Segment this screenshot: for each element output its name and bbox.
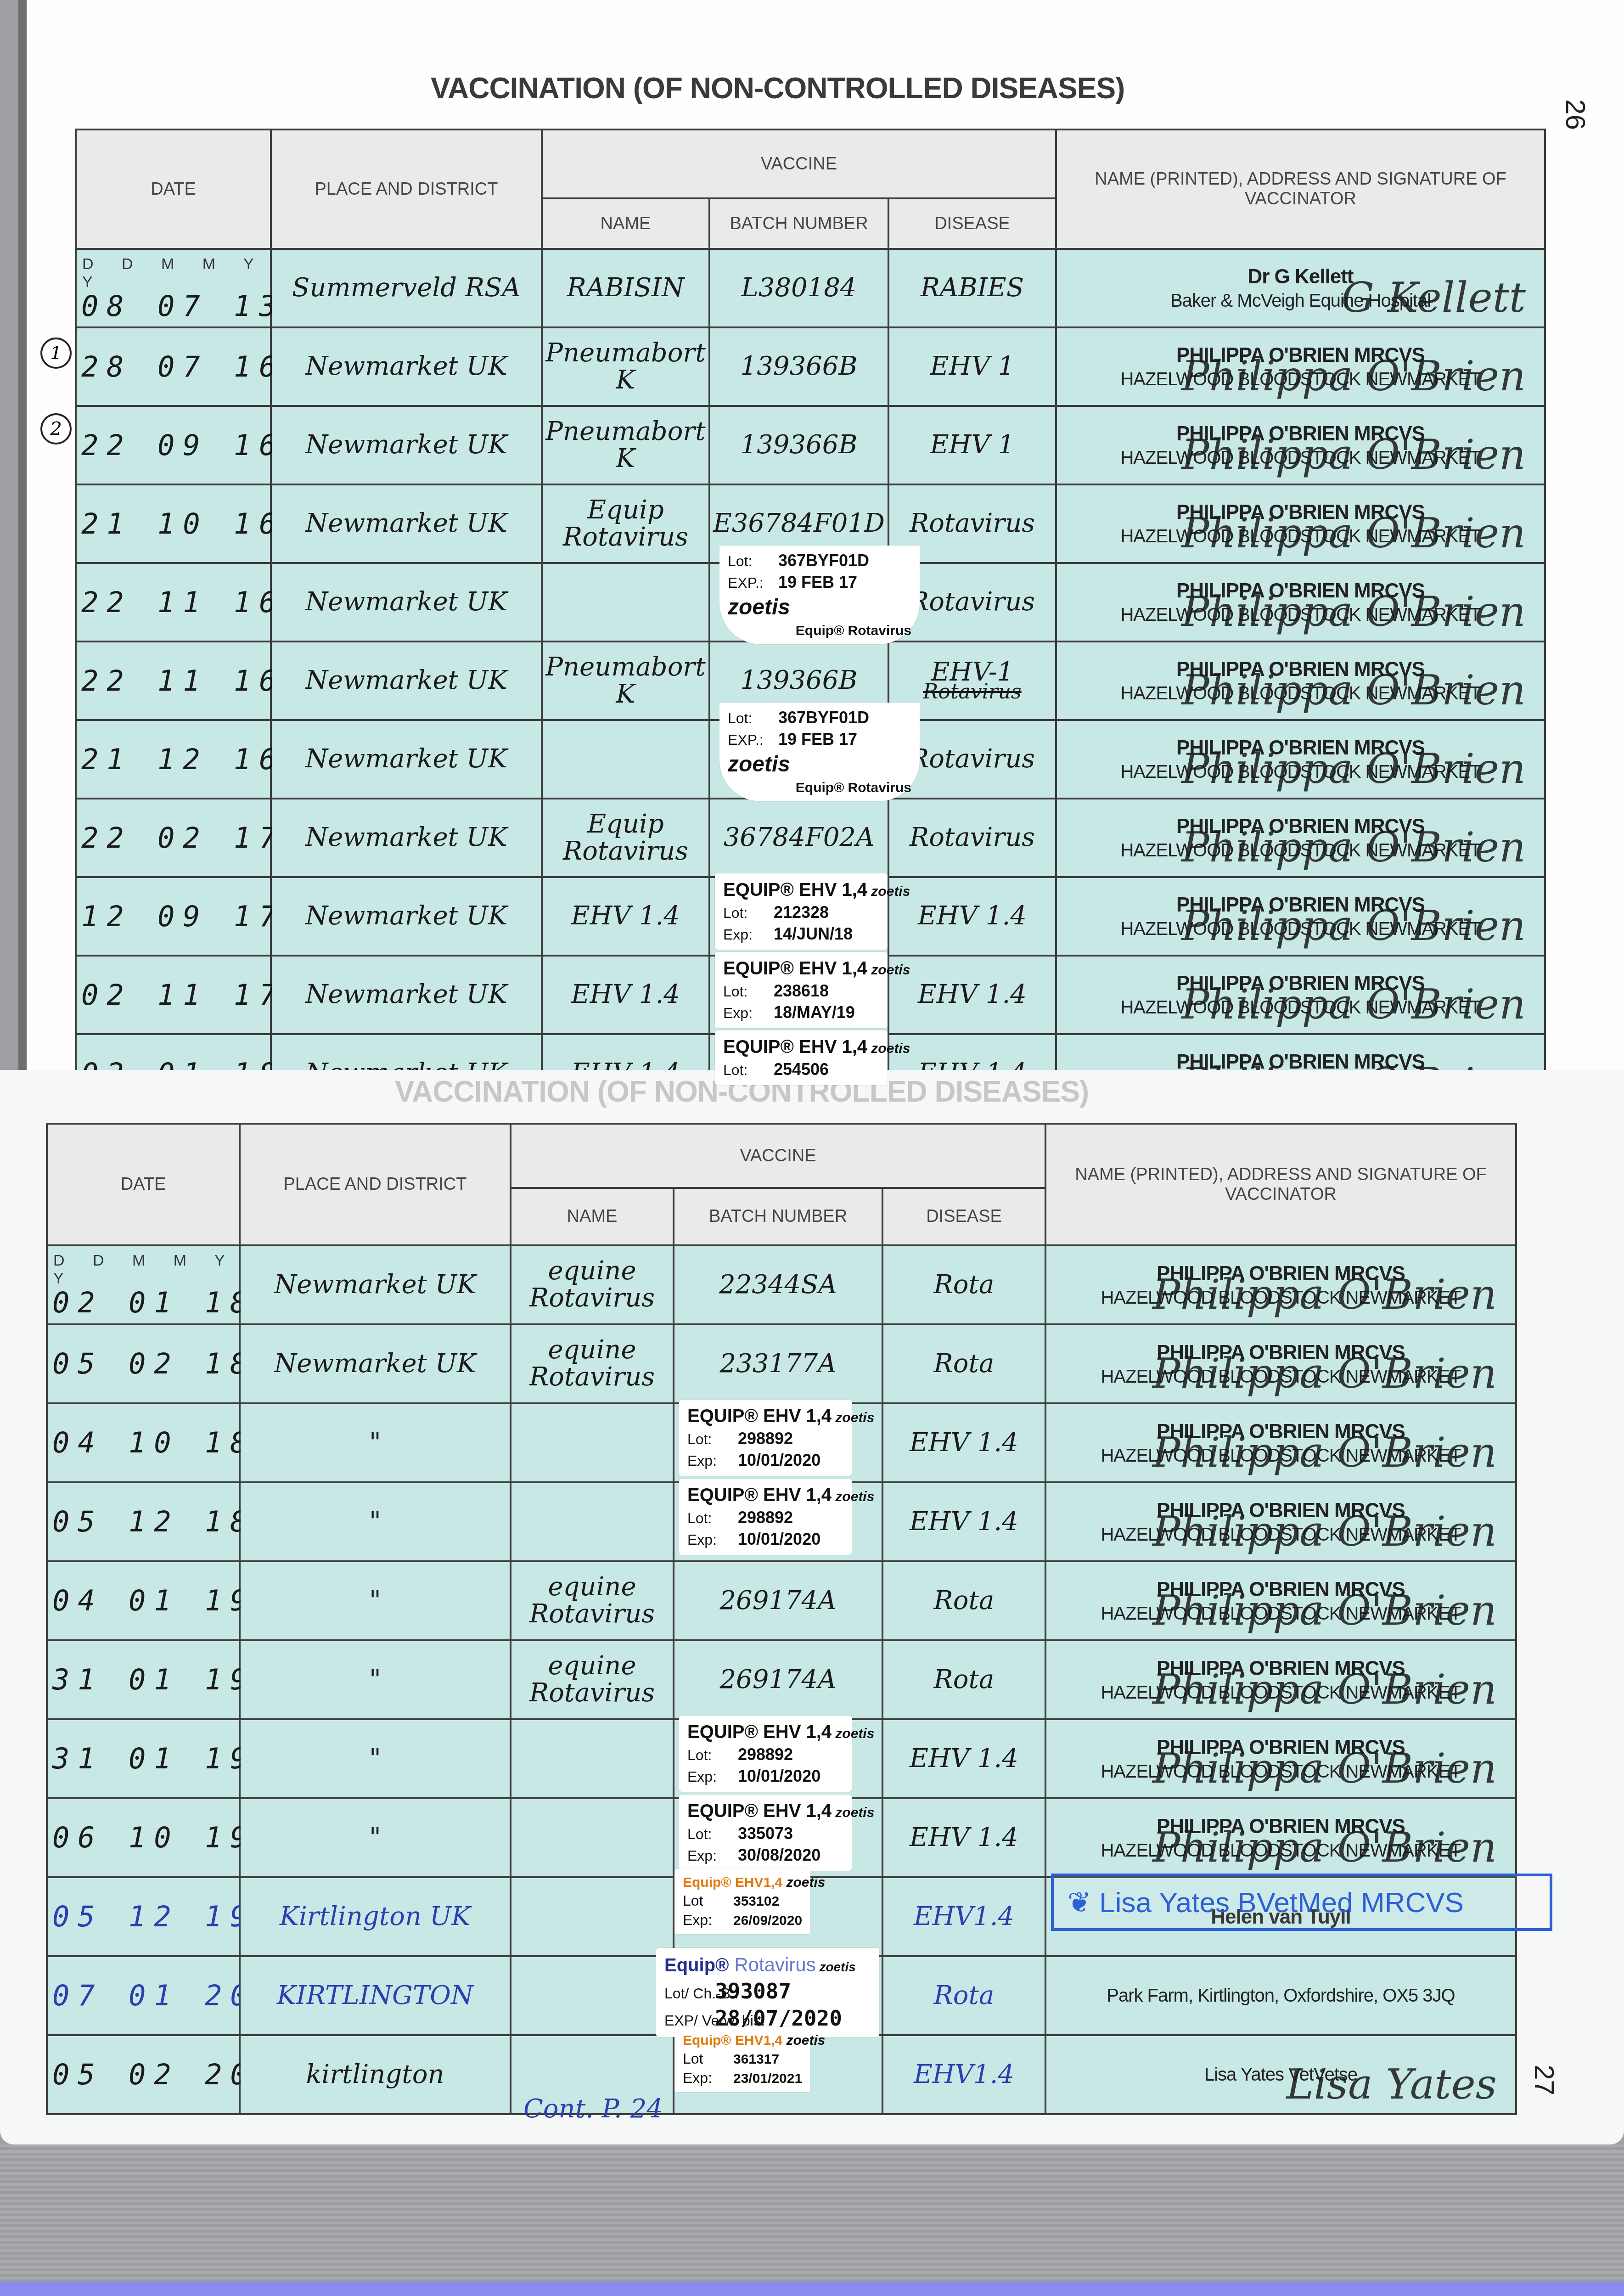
date-value: 04 01 19	[48, 1586, 239, 1615]
date-cell: 22 09 16	[76, 406, 271, 484]
date-value: 21 12 16	[77, 744, 270, 774]
batch-number-cell: EQUIP® EHV 1,4 zoetisLot:298892Exp:10/01…	[674, 1403, 882, 1482]
sticker-brand: EQUIP® EHV 1,4	[687, 1722, 832, 1742]
disease-value: EHV 1	[889, 432, 1055, 459]
vaccine-name-value: Pneumabort K	[543, 340, 708, 394]
vaccination-table-bottom: DATE PLACE AND DISTRICT VACCINE NAME (PR…	[46, 1123, 1517, 2115]
table-row: 21 12 16Newmarket UKLot:367BYF01DEXP.:19…	[76, 720, 1545, 799]
sticker-lot-label: Lot:	[728, 552, 778, 571]
vaccine-batch-sticker: Lot:367BYF01DEXP.:19 FEB 17zoetisEquip® …	[719, 546, 920, 644]
sticker-exp-label: Exp:	[683, 2069, 733, 2088]
batch-number-cell: Lot:367BYF01DEXP.:19 FEB 17zoetisEquip® …	[709, 720, 888, 799]
header-vaccinator: NAME (PRINTED), ADDRESS AND SIGNATURE OF…	[1045, 1124, 1516, 1245]
date-value: 21 10 16	[77, 509, 270, 539]
sticker-lot: Lot:298892	[687, 1744, 843, 1766]
date-format-hint: D D M M Y Y	[48, 1252, 239, 1288]
vaccine-name-value: Equip Rotavirus	[543, 497, 708, 551]
sticker-lot: Lot/ Ch.-B.:393087	[664, 1978, 871, 2005]
date-cell: 21 12 16	[76, 720, 271, 799]
header-disease: DISEASE	[888, 198, 1056, 249]
sticker-exp: EXP.:19 FEB 17	[728, 572, 911, 593]
vaccinator-cell: PHILIPPA O'BRIEN MRCVSHAZELWOOD BLOODSTO…	[1045, 1245, 1516, 1324]
sticker-brand: Equip® EHV1,4	[683, 2033, 782, 2048]
sticker-lot: Lot353102	[683, 1891, 802, 1911]
sticker-lot-value: 298892	[738, 1508, 793, 1527]
vaccinator-cell: PHILIPPA O'BRIEN MRCVSHAZELWOOD BLOODSTO…	[1056, 877, 1545, 956]
place-value: Newmarket UK	[241, 1272, 510, 1299]
table-row: 12 09 17Newmarket UKEHV 1.4EQUIP® EHV 1,…	[76, 877, 1545, 956]
vaccinator-cell: PHILIPPA O'BRIEN MRCVSHAZELWOOD BLOODSTO…	[1045, 1561, 1516, 1640]
sticker-lot-label: Lot:	[723, 904, 774, 923]
table-row: 28 07 16Newmarket UKPneumabort K139366BE…	[76, 327, 1545, 406]
disease-cell: EHV 1.4	[882, 1719, 1045, 1798]
vaccinator-signature: Philippa O'Brien	[1181, 588, 1526, 636]
header-vaccine: VACCINE	[542, 129, 1056, 198]
place-value: Newmarket UK	[241, 1351, 510, 1378]
table-row: 06 10 19"EQUIP® EHV 1,4 zoetisLot:335073…	[47, 1798, 1516, 1877]
date-cell: 05 02 18	[47, 1324, 240, 1403]
vaccine-name-cell: EHV 1.4	[542, 877, 709, 956]
date-cell: 21 10 16	[76, 484, 271, 563]
batch-number-value: 269174A	[674, 1587, 882, 1615]
batch-number-cell: EQUIP® EHV 1,4 zoetisLot:238618Exp:18/MA…	[709, 956, 888, 1034]
sticker-product: EQUIP® EHV 1,4 zoetis	[723, 878, 879, 902]
disease-cell: EHV 1	[888, 406, 1056, 484]
place-value: Newmarket UK	[272, 903, 541, 930]
disease-cell: Rota	[882, 1561, 1045, 1640]
table-row: D D M M Y Y02 01 18Newmarket UKequine Ro…	[47, 1245, 1516, 1324]
disease-cell: Rota	[882, 1956, 1045, 2035]
sticker-brand: Equip®	[664, 1955, 729, 1975]
disease-struck: Rotavirus	[889, 681, 1055, 703]
vet-stamp-text: Lisa Yates BVetMed MRCVS	[1099, 1887, 1464, 1919]
vaccinator-cell: Park Farm, Kirtlington, Oxfordshire, OX5…	[1045, 1956, 1516, 2035]
sticker-maker: zoetis	[782, 1875, 825, 1890]
sticker-product: Equip® EHV1,4 zoetis	[683, 1874, 802, 1891]
disease-value: Rota	[883, 1666, 1045, 1694]
header-batch: BATCH NUMBER	[709, 198, 888, 249]
table-row: D D M M Y Y08 07 13Summerveld RSARABISIN…	[76, 249, 1545, 327]
vaccine-batch-sticker: EQUIP® EHV 1,4 zoetisLot:298892Exp:10/01…	[679, 1400, 852, 1476]
vaccine-name-value: equine Rotavirus	[511, 1337, 673, 1391]
date-value: 04 10 18	[48, 1428, 239, 1458]
sticker-brand-2: Rotavirus	[729, 1954, 816, 1975]
sticker-exp-label: Exp:	[687, 1452, 738, 1471]
place-value: Newmarket UK	[272, 589, 541, 616]
header-date: DATE	[47, 1124, 240, 1245]
vaccinator-signature: Philippa O'Brien	[1152, 1666, 1497, 1714]
disease-value: EHV 1.4	[883, 1745, 1045, 1773]
vaccine-name-cell	[511, 1877, 674, 1956]
table-row: 22 11 16Newmarket UKLot:367BYF01DEXP.:19…	[76, 563, 1545, 642]
place-cell: Newmarket UK	[271, 563, 542, 642]
date-value: 05 02 20	[48, 2060, 239, 2089]
vaccine-batch-sticker: EQUIP® EHV 1,4 zoetisLot:335073Exp:30/08…	[679, 1795, 852, 1871]
batch-number-value: L380184	[710, 275, 888, 302]
sticker-maker: zoetis	[867, 962, 910, 978]
sticker-product: EQUIP® EHV 1,4 zoetis	[687, 1799, 843, 1823]
date-value: 05 02 18	[48, 1349, 239, 1379]
batch-number-cell: Equip® EHV1,4 zoetisLot353102Exp:26/09/2…	[674, 1877, 882, 1956]
table-row: 04 01 19"equine Rotavirus269174ARotaPHIL…	[47, 1561, 1516, 1640]
batch-number-value: E36784F01D	[710, 510, 888, 537]
vaccinator-signature: Philippa O'Brien	[1152, 1508, 1497, 1556]
disease-value: EHV 1.4	[883, 1824, 1045, 1851]
sticker-exp-label: Exp:	[723, 925, 774, 945]
date-value: 31 01 19	[48, 1744, 239, 1773]
date-cell: 05 02 20	[47, 2035, 240, 2114]
sticker-lot-label: Lot:	[723, 1061, 774, 1080]
vaccinator-address: Park Farm, Kirtlington, Oxfordshire, OX5…	[1046, 1984, 1515, 2007]
date-cell: 22 02 17	[76, 799, 271, 877]
table-row: 05 12 19Kirtlington UKEquip® EHV1,4 zoet…	[47, 1877, 1516, 1956]
date-format-hint: D D M M Y Y	[77, 255, 270, 291]
vaccine-name-cell: Equip Rotavirus	[542, 799, 709, 877]
place-cell: "	[240, 1561, 511, 1640]
vaccinator-cell: PHILIPPA O'BRIEN MRCVSHAZELWOOD BLOODSTO…	[1056, 327, 1545, 406]
vaccinator-cell: PHILIPPA O'BRIEN MRCVSHAZELWOOD BLOODSTO…	[1056, 956, 1545, 1034]
batch-number-cell: 269174A	[674, 1640, 882, 1719]
vaccine-batch-sticker: EQUIP® EHV 1,4 zoetisLot:212328Exp:14/JU…	[715, 873, 888, 950]
place-value: Newmarket UK	[272, 510, 541, 537]
vaccinator-signature: Philippa O'Brien	[1181, 745, 1526, 793]
vaccine-name-value: equine Rotavirus	[511, 1574, 673, 1628]
sticker-exp: Exp:30/08/2020	[687, 1845, 843, 1866]
vaccine-name-value: EHV 1.4	[543, 903, 708, 930]
sticker-lot-value: 361317	[733, 2052, 779, 2067]
place-value: KIRTLINGTON	[241, 1982, 510, 2009]
batch-number-cell: 139366B	[709, 406, 888, 484]
sticker-maker: zoetis	[832, 1410, 874, 1425]
date-cell: 12 09 17	[76, 877, 271, 956]
sticker-product: Equip® Rotavirus	[728, 622, 911, 640]
vaccinator-signature: G Kellett	[1341, 274, 1526, 322]
sticker-brand: EQUIP® EHV 1,4	[687, 1406, 832, 1426]
table-row: 07 01 20KIRTLINGTONEquip® Rotavirus zoet…	[47, 1956, 1516, 2035]
vaccine-name-cell	[511, 1403, 674, 1482]
sticker-exp: Exp:10/01/2020	[687, 1450, 843, 1471]
sticker-lot-value: 298892	[738, 1745, 793, 1764]
sticker-exp-label: Exp:	[687, 1767, 738, 1787]
sticker-maker: zoetis	[832, 1489, 874, 1504]
header-place: PLACE AND DISTRICT	[271, 129, 542, 249]
sticker-exp: Exp:23/01/2021	[683, 2069, 802, 2088]
place-value: "	[241, 1508, 510, 1536]
sticker-lot-label: Lot:	[723, 982, 774, 1002]
sticker-product: EQUIP® EHV 1,4 zoetis	[687, 1404, 843, 1428]
sticker-exp-value: 19 FEB 17	[778, 730, 857, 748]
sticker-exp-label: Exp:	[723, 1004, 774, 1023]
vaccinator-signature: Philippa O'Brien	[1152, 1745, 1497, 1793]
sticker-product: Equip® Rotavirus	[728, 779, 911, 797]
vaccinator-cell: PHILIPPA O'BRIEN MRCVSHAZELWOOD BLOODSTO…	[1045, 1719, 1516, 1798]
sticker-lot-label: Lot	[683, 2049, 733, 2069]
vaccinator-signature: Philippa O'Brien	[1181, 980, 1526, 1029]
vaccine-batch-sticker: EQUIP® EHV 1,4 zoetisLot:298892Exp:10/01…	[679, 1479, 852, 1555]
date-value: 28 07 16	[77, 352, 270, 382]
batch-number-cell: EQUIP® EHV 1,4 zoetisLot:335073Exp:30/08…	[674, 1798, 882, 1877]
date-cell: 02 11 17	[76, 956, 271, 1034]
vaccine-name-cell: EHV 1.4	[542, 956, 709, 1034]
sticker-exp-value: 14/JUN/18	[774, 924, 853, 943]
sticker-lot: Lot:254506	[723, 1059, 879, 1080]
vaccinator-cell: Lisa Yates VetVetseLisa Yates	[1045, 2035, 1516, 2114]
disease-value: Rota	[883, 1272, 1045, 1299]
sticker-exp-label: Exp:	[687, 1846, 738, 1866]
header-place: PLACE AND DISTRICT	[240, 1124, 511, 1245]
disease-cell: EHV1.4	[882, 2035, 1045, 2114]
vaccinator-signature: Philippa O'Brien	[1152, 1350, 1497, 1398]
vaccinator-block: Park Farm, Kirtlington, Oxfordshire, OX5…	[1046, 1984, 1515, 2007]
disease-value: Rotavirus	[889, 510, 1055, 537]
vaccinator-signature: Philippa O'Brien	[1152, 1823, 1497, 1872]
vaccine-name-cell: equine Rotavirus	[511, 1324, 674, 1403]
place-value: Newmarket UK	[272, 824, 541, 851]
place-cell: Newmarket UK	[271, 406, 542, 484]
batch-number-cell: 36784F02A	[709, 799, 888, 877]
batch-number-cell: 139366B	[709, 327, 888, 406]
sticker-exp: Exp:26/09/2020	[683, 1911, 802, 1930]
date-value: 02 01 18	[48, 1288, 239, 1317]
sticker-lot-value: 298892	[738, 1429, 793, 1448]
date-value: 07 01 20	[48, 1981, 239, 2010]
date-cell: 31 01 19	[47, 1719, 240, 1798]
vaccine-batch-sticker: EQUIP® EHV 1,4 zoetisLot:298892Exp:10/01…	[679, 1716, 852, 1792]
vaccinator-signature: Philippa O'Brien	[1152, 1271, 1497, 1319]
date-value: 02 11 17	[77, 980, 270, 1010]
place-value: "	[241, 1429, 510, 1457]
vaccinator-cell: PHILIPPA O'BRIEN MRCVSHAZELWOOD BLOODSTO…	[1056, 563, 1545, 642]
sticker-brand: EQUIP® EHV 1,4	[723, 958, 867, 979]
batch-number-value: 269174A	[674, 1666, 882, 1694]
date-value: 22 11 16	[77, 587, 270, 617]
place-value: Newmarket UK	[272, 981, 541, 1008]
disease-cell: EHV 1.4	[882, 1482, 1045, 1561]
vaccine-batch-sticker: EQUIP® EHV 1,4 zoetisLot:238618Exp:18/MA…	[715, 952, 888, 1028]
header-vaccine: VACCINE	[511, 1124, 1045, 1188]
sticker-maker: zoetis	[867, 1041, 910, 1056]
sticker-exp: Exp:18/MAY/19	[723, 1002, 879, 1024]
vaccinator-cell: PHILIPPA O'BRIEN MRCVSHAZELWOOD BLOODSTO…	[1045, 1640, 1516, 1719]
date-value: 05 12 18	[48, 1507, 239, 1536]
sticker-lot-label: Lot:	[687, 1430, 738, 1449]
table-row: 31 01 19"EQUIP® EHV 1,4 zoetisLot:298892…	[47, 1719, 1516, 1798]
page-number: 27	[1528, 2065, 1560, 2095]
vaccine-name-value: EHV 1.4	[543, 981, 708, 1008]
vaccine-name-cell: Pneumabort K	[542, 406, 709, 484]
vaccinator-cell: PHILIPPA O'BRIEN MRCVSHAZELWOOD BLOODSTO…	[1045, 1403, 1516, 1482]
sticker-product: EQUIP® EHV 1,4 zoetis	[687, 1720, 843, 1744]
sticker-product: EQUIP® EHV 1,4 zoetis	[687, 1483, 843, 1507]
table-row: 22 02 17Newmarket UKEquip Rotavirus36784…	[76, 799, 1545, 877]
sticker-maker: zoetis	[782, 2033, 825, 2048]
date-cell: 07 01 20	[47, 1956, 240, 2035]
header-disease: DISEASE	[882, 1188, 1045, 1245]
table-row: 04 10 18"EQUIP® EHV 1,4 zoetisLot:298892…	[47, 1403, 1516, 1482]
vaccine-name-cell: equine Rotavirus	[511, 1640, 674, 1719]
date-cell: 05 12 18	[47, 1482, 240, 1561]
date-cell: 06 10 19	[47, 1798, 240, 1877]
sticker-exp-label: EXP.:	[728, 731, 778, 750]
vaccinator-cell: Helen van Tuyll❦ Lisa Yates BVetMed MRCV…	[1045, 1877, 1516, 1956]
sticker-exp-value: 18/MAY/19	[774, 1003, 855, 1022]
vaccine-name-cell	[511, 1956, 674, 2035]
vaccine-name-cell	[542, 563, 709, 642]
place-value: "	[241, 1745, 510, 1773]
vet-stamp: ❦ Lisa Yates BVetMed MRCVS	[1051, 1874, 1552, 1931]
batch-number-cell: L380184	[709, 249, 888, 327]
vaccine-batch-sticker: Lot:367BYF01DEXP.:19 FEB 17zoetisEquip® …	[719, 703, 920, 801]
vaccinator-signature: Philippa O'Brien	[1181, 823, 1526, 872]
disease-cell: Rota	[882, 1245, 1045, 1324]
logbook-page-26: VACCINATION (OF NON-CONTROLLED DISEASES)…	[18, 0, 1624, 1093]
sticker-exp-value: 10/01/2020	[738, 1451, 820, 1469]
sticker-lot-value: 212328	[774, 903, 829, 922]
vaccinator-signature: Philippa O'Brien	[1152, 1587, 1497, 1635]
sticker-lot-value: 335073	[738, 1824, 793, 1843]
sticker-maker: zoetis	[728, 593, 911, 622]
sticker-lot-label: Lot:	[687, 1746, 738, 1765]
header-name: NAME	[542, 198, 709, 249]
disease-value: EHV 1.4	[889, 903, 1055, 930]
vaccine-name-cell	[542, 720, 709, 799]
table-row: 02 11 17Newmarket UKEHV 1.4EQUIP® EHV 1,…	[76, 956, 1545, 1034]
sticker-lot-label: Lot:	[687, 1825, 738, 1844]
vaccine-name-cell: Pneumabort K	[542, 327, 709, 406]
sticker-exp-value: 30/08/2020	[738, 1846, 820, 1864]
sticker-lot: Lot:238618	[723, 980, 879, 1002]
sticker-brand: EQUIP® EHV 1,4	[723, 1037, 867, 1057]
vaccinator-cell: PHILIPPA O'BRIEN MRCVSHAZELWOOD BLOODSTO…	[1045, 1482, 1516, 1561]
place-cell: Newmarket UK	[240, 1324, 511, 1403]
header-date: DATE	[76, 129, 271, 249]
disease-value: EHV1.4	[883, 1903, 1045, 1930]
sticker-exp-value: 26/09/2020	[733, 1913, 802, 1928]
page-number: 26	[1560, 99, 1591, 130]
sticker-lot: Lot:367BYF01D	[728, 550, 911, 572]
margin-mark-2: 2	[40, 413, 72, 445]
place-cell: "	[240, 1482, 511, 1561]
batch-number-cell: EQUIP® EHV 1,4 zoetisLot:212328Exp:14/JU…	[709, 877, 888, 956]
vaccinator-signature: Philippa O'Brien	[1181, 509, 1526, 557]
vaccine-name-cell: Pneumabort K	[542, 642, 709, 720]
vaccinator-cell: PHILIPPA O'BRIEN MRCVSHAZELWOOD BLOODSTO…	[1045, 1324, 1516, 1403]
sticker-lot-label: Lot	[683, 1891, 733, 1911]
header-batch: BATCH NUMBER	[674, 1188, 882, 1245]
sticker-product: Equip® Rotavirus zoetis	[664, 1953, 871, 1978]
table-row: 05 02 18Newmarket UKequine Rotavirus2331…	[47, 1324, 1516, 1403]
date-value: 12 09 17	[77, 901, 270, 931]
date-cell: 04 10 18	[47, 1403, 240, 1482]
header-name: NAME	[511, 1188, 674, 1245]
table-body: D D M M Y Y02 01 18Newmarket UKequine Ro…	[47, 1245, 1516, 2114]
vaccinator-cell: PHILIPPA O'BRIEN MRCVSHAZELWOOD BLOODSTO…	[1056, 642, 1545, 720]
place-cell: Newmarket UK	[271, 877, 542, 956]
disease-value: EHV 1.4	[883, 1508, 1045, 1536]
sticker-maker: zoetis	[832, 1726, 874, 1741]
place-cell: Newmarket UK	[271, 799, 542, 877]
place-value: Newmarket UK	[272, 432, 541, 459]
vaccinator-signature: Philippa O'Brien	[1152, 1429, 1497, 1477]
vaccine-name-cell: equine Rotavirus	[511, 1245, 674, 1324]
date-value: 08 07 13	[77, 291, 270, 321]
vaccine-batch-sticker: Equip® Rotavirus zoetisLot/ Ch.-B.:39308…	[656, 1948, 879, 2037]
place-cell: Newmarket UK	[271, 720, 542, 799]
disease-value: Rotavirus	[889, 824, 1055, 851]
date-cell: D D M M Y Y08 07 13	[76, 249, 271, 327]
vaccinator-signature: Philippa O'Brien	[1181, 352, 1526, 400]
batch-number-value: 233177A	[674, 1351, 882, 1378]
logbook-page-27: VACCINATION (OF NON-CONTROLLED DISEASES)…	[0, 1070, 1624, 2144]
vaccinator-signature: Philippa O'Brien	[1181, 431, 1526, 479]
batch-number-value: 139366B	[710, 353, 888, 380]
place-cell: Newmarket UK	[240, 1245, 511, 1324]
continuation-note: Cont. P. 24	[523, 2094, 663, 2124]
place-cell: "	[240, 1403, 511, 1482]
place-value: Newmarket UK	[272, 667, 541, 694]
sticker-product: EQUIP® EHV 1,4 zoetis	[723, 1035, 879, 1059]
vaccinator-cell: PHILIPPA O'BRIEN MRCVSHAZELWOOD BLOODSTO…	[1056, 484, 1545, 563]
place-cell: Newmarket UK	[271, 956, 542, 1034]
vaccine-batch-sticker: EQUIP® EHV 1,4 zoetisLot:254506	[715, 1030, 888, 1085]
place-value: Summerveld RSA	[272, 275, 541, 302]
place-value: "	[241, 1587, 510, 1615]
sticker-lot-value: 367BYF01D	[778, 551, 869, 570]
table-body: D D M M Y Y08 07 13Summerveld RSARABISIN…	[76, 249, 1545, 1113]
disease-cell: EHV 1.4	[882, 1798, 1045, 1877]
table-row: 05 02 20kirtlingtonEquip® EHV1,4 zoetisL…	[47, 2035, 1516, 2114]
sticker-lot-label: Lot:	[728, 709, 778, 728]
disease-value: Rota	[883, 1982, 1045, 2009]
date-value: 05 12 19	[48, 1902, 239, 1931]
vaccine-name-cell	[511, 1719, 674, 1798]
place-cell: "	[240, 1640, 511, 1719]
batch-number-cell: EQUIP® EHV 1,4 zoetisLot:298892Exp:10/01…	[674, 1482, 882, 1561]
disease-value: EHV 1.4	[883, 1429, 1045, 1457]
disease-cell: EHV 1.4	[888, 956, 1056, 1034]
scanner-edge	[0, 2282, 1624, 2296]
page-title: VACCINATION (OF NON-CONTROLLED DISEASES)	[431, 71, 1124, 105]
table-row: 22 09 16Newmarket UKPneumabort K139366BE…	[76, 406, 1545, 484]
sticker-brand: EQUIP® EHV 1,4	[687, 1485, 832, 1505]
sticker-exp-value: 10/01/2020	[738, 1530, 820, 1548]
place-cell: KIRTLINGTON	[240, 1956, 511, 2035]
scanner-background	[0, 2144, 1624, 2282]
vaccinator-signature: Philippa O'Brien	[1181, 902, 1526, 950]
sticker-lot: Lot361317	[683, 2049, 802, 2069]
place-value: Newmarket UK	[272, 353, 541, 380]
date-cell: 22 11 16	[76, 642, 271, 720]
vaccine-name-value: Pneumabort K	[543, 654, 708, 708]
vaccine-name-cell: equine Rotavirus	[511, 1561, 674, 1640]
place-cell: "	[240, 1798, 511, 1877]
date-cell: 04 01 19	[47, 1561, 240, 1640]
sticker-lot-value: 393087	[715, 1979, 791, 2003]
table-row: 31 01 19"equine Rotavirus269174ARotaPHIL…	[47, 1640, 1516, 1719]
sticker-exp: Exp:10/01/2020	[687, 1766, 843, 1787]
vaccinator-signature: Philippa O'Brien	[1181, 666, 1526, 715]
place-value: kirtlington	[241, 2061, 510, 2088]
table-row: 05 12 18"EQUIP® EHV 1,4 zoetisLot:298892…	[47, 1482, 1516, 1561]
place-cell: Newmarket UK	[271, 327, 542, 406]
sticker-brand: EQUIP® EHV 1,4	[723, 880, 867, 900]
sticker-exp: Exp:10/01/2020	[687, 1529, 843, 1550]
vaccine-batch-sticker: Equip® EHV1,4 zoetisLot361317Exp:23/01/2…	[674, 2027, 810, 2092]
vaccinator-cell: Dr G KellettBaker & McVeigh Equine Hospi…	[1056, 249, 1545, 327]
vet-logo-icon: ❦	[1068, 1887, 1099, 1919]
place-value: Newmarket UK	[272, 746, 541, 773]
disease-cell: EHV 1	[888, 327, 1056, 406]
